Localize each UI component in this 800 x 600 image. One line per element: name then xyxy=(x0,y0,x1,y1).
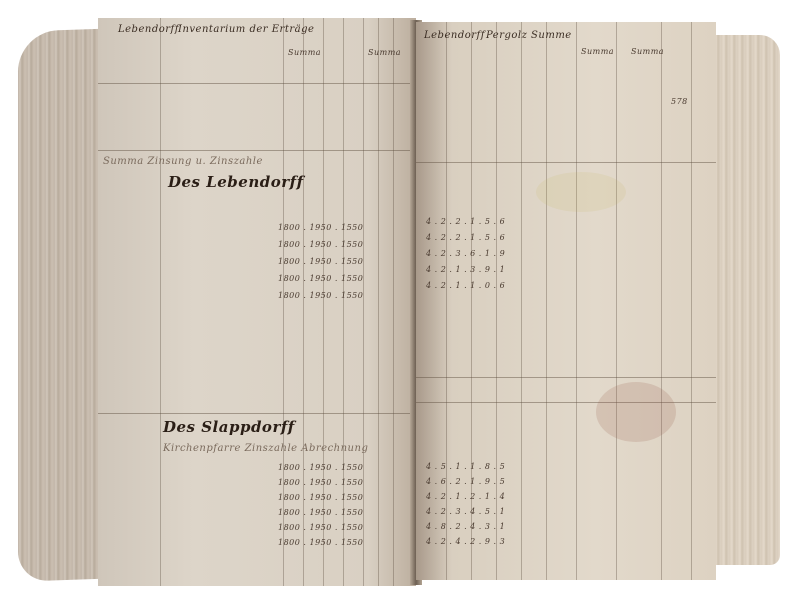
left-rows-section-1: 1800 . 1950 . 1550 1800 . 1950 . 1550 18… xyxy=(178,223,363,308)
right-header-col-1: Lebendorff xyxy=(424,30,485,41)
ledger-row: 4 . 2 . 1 . 2 . 1 . 4 xyxy=(426,492,505,501)
right-header-col-4: Summa xyxy=(631,47,664,56)
left-rows-section-2: 1800 . 1950 . 1550 1800 . 1950 . 1550 18… xyxy=(178,463,363,553)
ledger-book-photo: Lebendorff Inventarium der Erträge Summa… xyxy=(0,0,800,600)
ledger-row: 4 . 2 . 4 . 2 . 9 . 3 xyxy=(426,537,505,546)
ledger-row: 4 . 2 . 1 . 3 . 9 . 1 xyxy=(426,265,505,274)
ledger-row: 1800 . 1950 . 1550 xyxy=(178,463,363,472)
ink-stain xyxy=(596,382,676,442)
left-heading-slappdorff: Des Slappdorff xyxy=(163,418,295,436)
right-header-col-3: Summa xyxy=(581,47,614,56)
right-rows-section-1: 4 . 2 . 2 . 1 . 5 . 6 4 . 2 . 2 . 1 . 5 … xyxy=(426,217,505,297)
right-header-col-2: Pergolz Summe xyxy=(486,30,572,41)
left-subheading-2: Kirchenpfarre Zinszahle Abrechnung xyxy=(163,443,368,454)
left-page: Lebendorff Inventarium der Erträge Summa… xyxy=(98,18,416,586)
left-subheading-1: Summa Zinsung u. Zinszahle xyxy=(103,156,263,167)
ledger-row: 4 . 8 . 2 . 4 . 3 . 1 xyxy=(426,522,505,531)
ledger-row: 4 . 2 . 1 . 1 . 0 . 6 xyxy=(426,281,505,290)
right-page: Lebendorff Pergolz Summe Summa Summa 578… xyxy=(416,22,716,580)
ledger-row: 1800 . 1950 . 1550 xyxy=(178,223,363,232)
ledger-row: 4 . 2 . 2 . 1 . 5 . 6 xyxy=(426,233,505,242)
ink-stain xyxy=(536,172,626,212)
right-rows-section-2: 4 . 5 . 1 . 1 . 8 . 5 4 . 6 . 2 . 1 . 9 … xyxy=(426,462,505,552)
left-header-col-3: Summa xyxy=(288,48,321,57)
ledger-row: 1800 . 1950 . 1550 xyxy=(178,257,363,266)
ledger-row: 4 . 5 . 1 . 1 . 8 . 5 xyxy=(426,462,505,471)
ledger-row: 4 . 2 . 3 . 6 . 1 . 9 xyxy=(426,249,505,258)
margin-total: 578 xyxy=(671,97,688,106)
left-heading-lebendorff: Des Lebendorff xyxy=(168,173,304,191)
right-page-edges xyxy=(705,35,780,565)
ledger-row: 1800 . 1950 . 1550 xyxy=(178,291,363,300)
ledger-row: 4 . 6 . 2 . 1 . 9 . 5 xyxy=(426,477,505,486)
ledger-row: 1800 . 1950 . 1550 xyxy=(178,538,363,547)
ledger-row: 1800 . 1950 . 1550 xyxy=(178,478,363,487)
left-header-col-1: Lebendorff xyxy=(118,24,179,35)
ledger-row: 1800 . 1950 . 1550 xyxy=(178,240,363,249)
ledger-row: 4 . 2 . 3 . 4 . 5 . 1 xyxy=(426,507,505,516)
ledger-row: 1800 . 1950 . 1550 xyxy=(178,274,363,283)
ledger-row: 4 . 2 . 2 . 1 . 5 . 6 xyxy=(426,217,505,226)
left-header-col-2: Inventarium der Erträge xyxy=(178,24,314,35)
left-header-col-4: Summa xyxy=(368,48,401,57)
ledger-row: 1800 . 1950 . 1550 xyxy=(178,523,363,532)
ledger-row: 1800 . 1950 . 1550 xyxy=(178,508,363,517)
ledger-row: 1800 . 1950 . 1550 xyxy=(178,493,363,502)
